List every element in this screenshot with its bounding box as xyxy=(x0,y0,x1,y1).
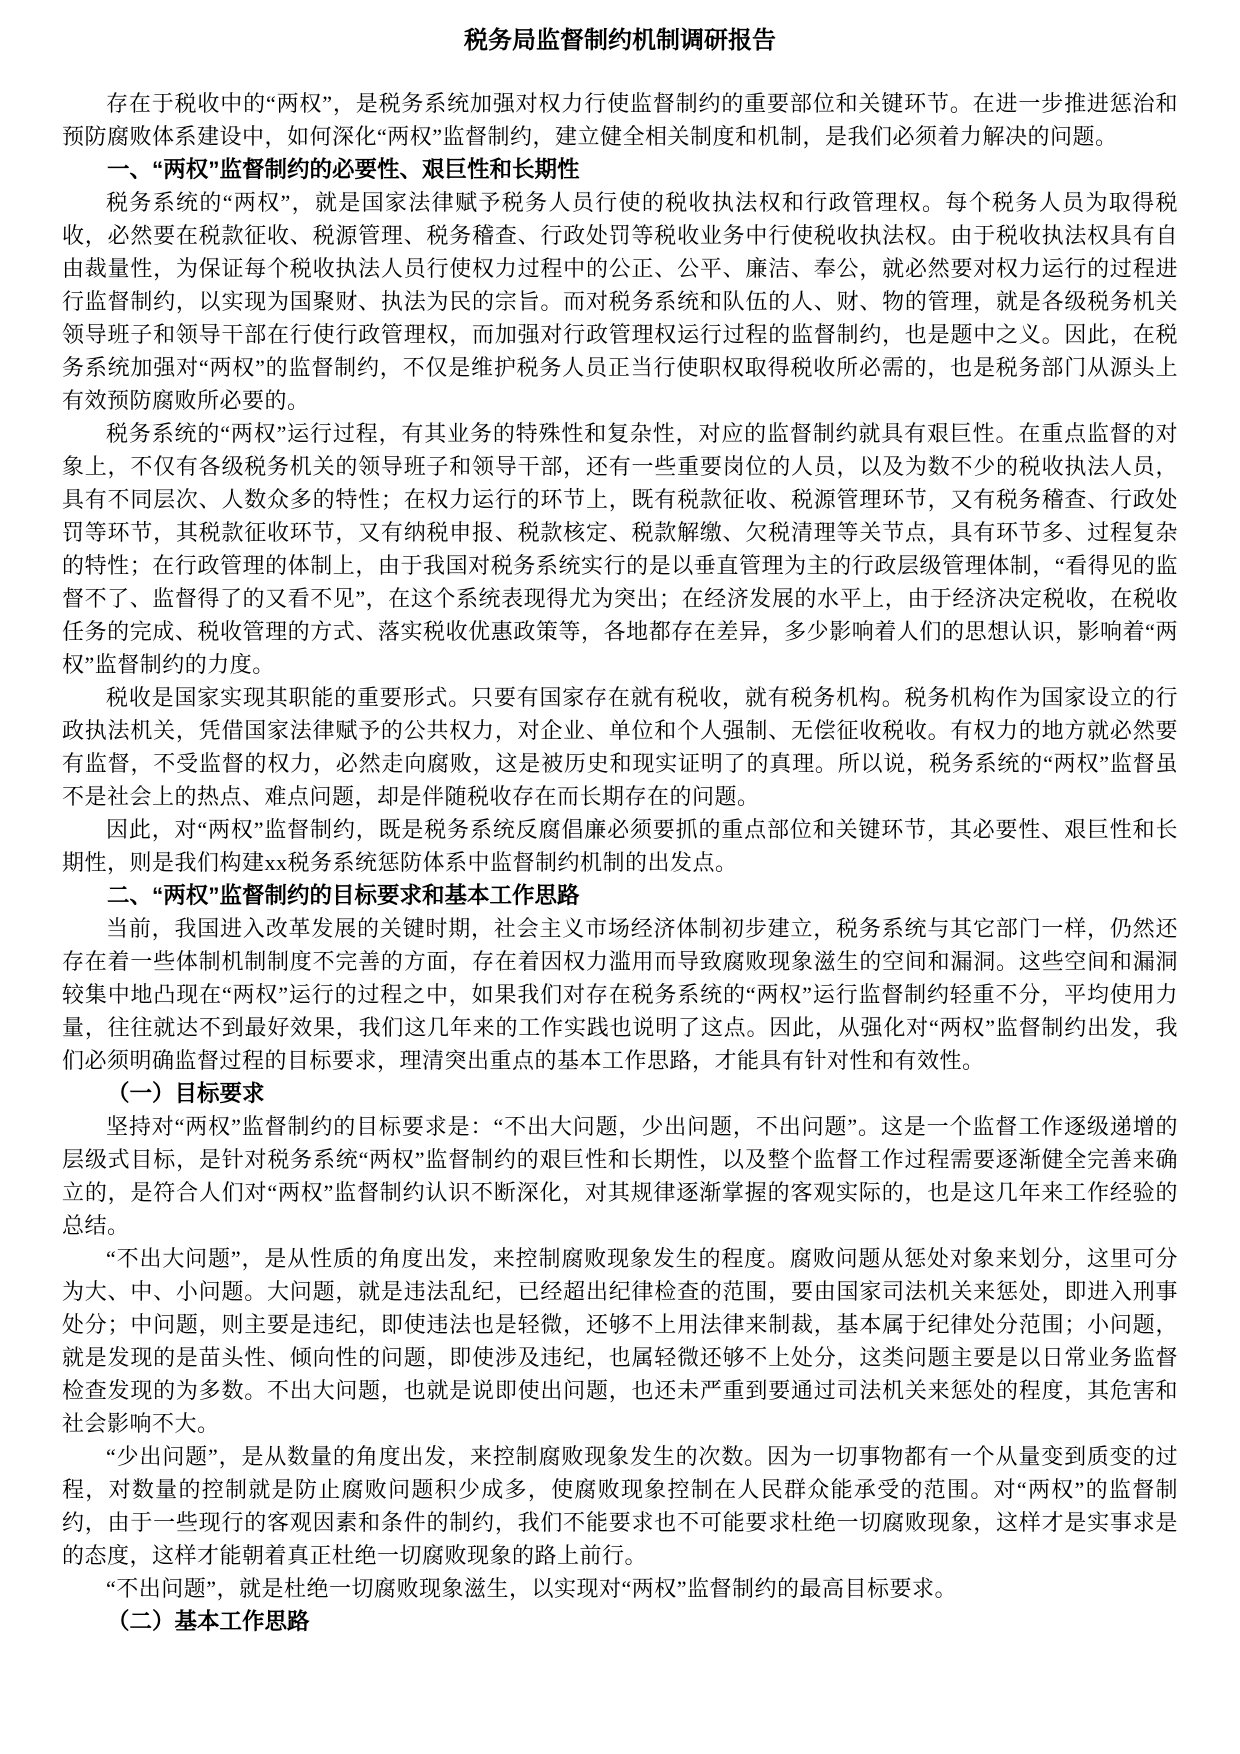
document-page: 税务局监督制约机制调研报告 存在于税收中的“两权”，是税务系统加强对权力行使监督… xyxy=(0,0,1240,1754)
paragraph: 税务系统的“两权”运行过程，有其业务的特殊性和复杂性，对应的监督制约就具有艰巨性… xyxy=(62,417,1178,681)
section-heading-2: 二、“两权”监督制约的目标要求和基本工作思路 xyxy=(62,879,1178,912)
paragraph: “少出问题”，是从数量的角度出发，来控制腐败现象发生的次数。因为一切事物都有一个… xyxy=(62,1440,1178,1572)
page-title: 税务局监督制约机制调研报告 xyxy=(62,24,1178,57)
subsection-heading-1: （一）目标要求 xyxy=(62,1077,1178,1110)
paragraph: 存在于税收中的“两权”，是税务系统加强对权力行使监督制约的重要部位和关键环节。在… xyxy=(62,87,1178,153)
paragraph: 坚持对“两权”监督制约的目标要求是：“不出大问题，少出问题，不出问题”。这是一个… xyxy=(62,1110,1178,1242)
paragraph: 因此，对“两权”监督制约，既是税务系统反腐倡廉必须要抓的重点部位和关键环节，其必… xyxy=(62,813,1178,879)
paragraph: “不出问题”，就是杜绝一切腐败现象滋生，以实现对“两权”监督制约的最高目标要求。 xyxy=(62,1572,1178,1605)
section-heading-1: 一、“两权”监督制约的必要性、艰巨性和长期性 xyxy=(62,153,1178,186)
paragraph: 税收是国家实现其职能的重要形式。只要有国家存在就有税收，就有税务机构。税务机构作… xyxy=(62,681,1178,813)
subsection-heading-2: （二）基本工作思路 xyxy=(62,1605,1178,1638)
paragraph: 当前，我国进入改革发展的关键时期，社会主义市场经济体制初步建立，税务系统与其它部… xyxy=(62,912,1178,1077)
paragraph: 税务系统的“两权”，就是国家法律赋予税务人员行使的税收执法权和行政管理权。每个税… xyxy=(62,186,1178,417)
paragraph: “不出大问题”，是从性质的角度出发，来控制腐败现象发生的程度。腐败问题从惩处对象… xyxy=(62,1242,1178,1440)
